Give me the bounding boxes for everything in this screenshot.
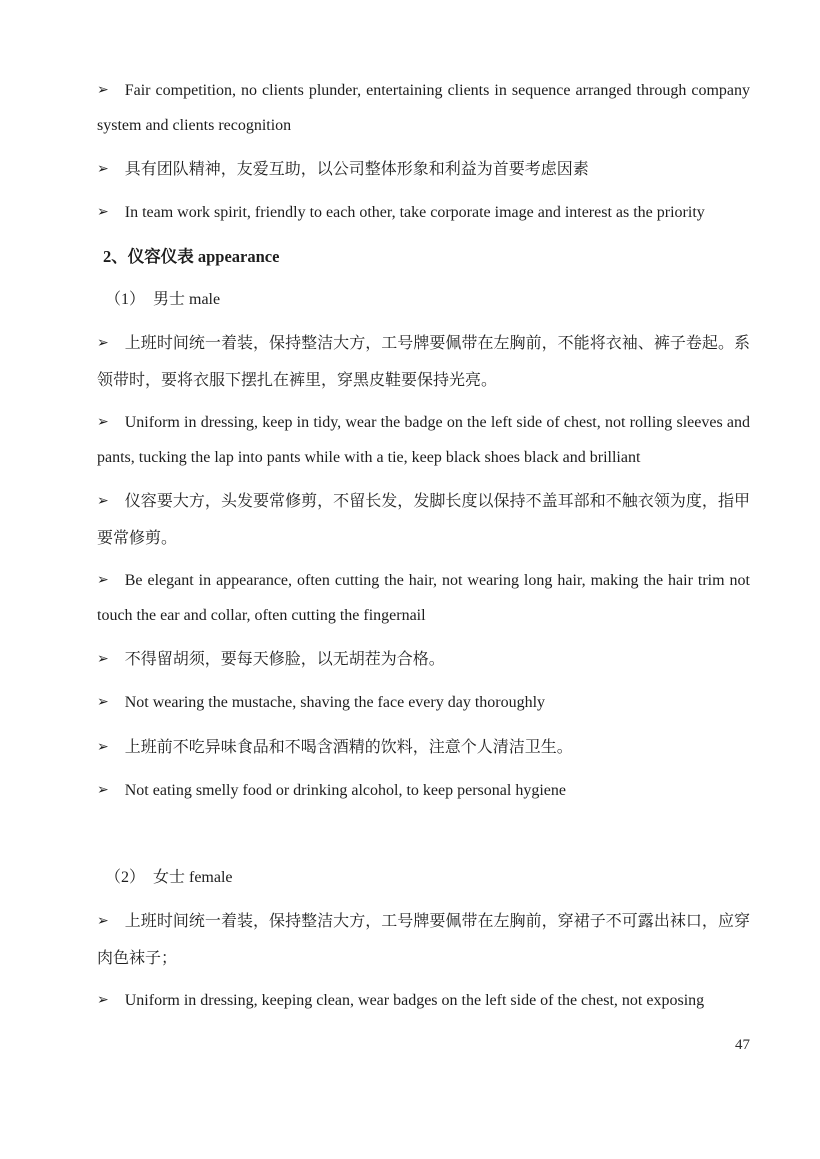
arrow-bullet-icon: ➢ <box>97 642 109 678</box>
arrow-bullet-icon: ➢ <box>97 406 109 440</box>
arrow-bullet-icon: ➢ <box>97 564 109 598</box>
paragraph-text: 上班时间统一着装，保持整洁大方，工号牌要佩带在左胸前，不能将衣袖、裤子卷起。系领… <box>97 335 750 389</box>
paragraph-text: In team work spirit, friendly to each ot… <box>125 204 705 221</box>
bullet-item: ➢Fair competition, no clients plunder, e… <box>97 74 750 143</box>
arrow-bullet-icon: ➢ <box>97 774 109 808</box>
arrow-bullet-icon: ➢ <box>97 730 109 766</box>
bullet-item: ➢具有团队精神，友爱互助，以公司整体形象和利益为首要考虑因素 <box>97 152 750 189</box>
subsection-heading-male: （1） 男士 male <box>97 283 750 317</box>
arrow-bullet-icon: ➢ <box>97 326 109 362</box>
paragraph-text: 不得留胡须，要每天修脸，以无胡茬为合格。 <box>125 651 445 668</box>
bullet-item: ➢上班时间统一着装，保持整洁大方，工号牌要佩带在左胸前，不能将衣袖、裤子卷起。系… <box>97 326 750 399</box>
arrow-bullet-icon: ➢ <box>97 984 109 1018</box>
blank-line <box>97 818 750 861</box>
paragraph-text: 上班前不吃异味食品和不喝含酒精的饮料，注意个人清洁卫生。 <box>125 739 573 756</box>
arrow-bullet-icon: ➢ <box>97 152 109 188</box>
section-heading-appearance: 2、仪容仪表 appearance <box>97 240 750 274</box>
bullet-item: ➢上班时间统一着装，保持整洁大方，工号牌要佩带在左胸前，穿裙子不可露出袜口，应穿… <box>97 904 750 977</box>
arrow-bullet-icon: ➢ <box>97 74 109 108</box>
arrow-bullet-icon: ➢ <box>97 904 109 940</box>
bullet-item: ➢Be elegant in appearance, often cutting… <box>97 564 750 633</box>
subsection-heading-female: （2） 女士 female <box>97 861 750 895</box>
bullet-item: ➢Not wearing the mustache, shaving the f… <box>97 686 750 721</box>
bullet-item: ➢上班前不吃异味食品和不喝含酒精的饮料，注意个人清洁卫生。 <box>97 730 750 767</box>
bullet-item: ➢In team work spirit, friendly to each o… <box>97 196 750 231</box>
paragraph-text: 仪容要大方，头发要常修剪，不留长发，发脚长度以保持不盖耳部和不触衣领为度，指甲要… <box>97 493 750 547</box>
bullet-item: ➢仪容要大方，头发要常修剪，不留长发，发脚长度以保持不盖耳部和不触衣领为度，指甲… <box>97 484 750 557</box>
paragraph-text: 上班时间统一着装，保持整洁大方，工号牌要佩带在左胸前，穿裙子不可露出袜口，应穿肉… <box>97 913 750 967</box>
arrow-bullet-icon: ➢ <box>97 484 109 520</box>
paragraph-text: Be elegant in appearance, often cutting … <box>97 572 750 624</box>
bullet-item: ➢不得留胡须，要每天修脸，以无胡茬为合格。 <box>97 642 750 679</box>
paragraph-text: 具有团队精神，友爱互助，以公司整体形象和利益为首要考虑因素 <box>125 161 589 178</box>
page-number: 47 <box>97 1028 750 1062</box>
paragraph-text: Not eating smelly food or drinking alcoh… <box>125 782 566 799</box>
paragraph-text: Uniform in dressing, keep in tidy, wear … <box>97 414 750 466</box>
paragraph-text: Not wearing the mustache, shaving the fa… <box>125 694 545 711</box>
paragraph-text: Fair competition, no clients plunder, en… <box>97 82 750 134</box>
arrow-bullet-icon: ➢ <box>97 196 109 230</box>
bullet-item: ➢Uniform in dressing, keeping clean, wea… <box>97 984 750 1019</box>
paragraph-text: Uniform in dressing, keeping clean, wear… <box>125 992 704 1009</box>
bullet-item: ➢Uniform in dressing, keep in tidy, wear… <box>97 406 750 475</box>
bullet-item: ➢Not eating smelly food or drinking alco… <box>97 774 750 809</box>
document-page: ➢Fair competition, no clients plunder, e… <box>0 0 820 1159</box>
arrow-bullet-icon: ➢ <box>97 686 109 720</box>
